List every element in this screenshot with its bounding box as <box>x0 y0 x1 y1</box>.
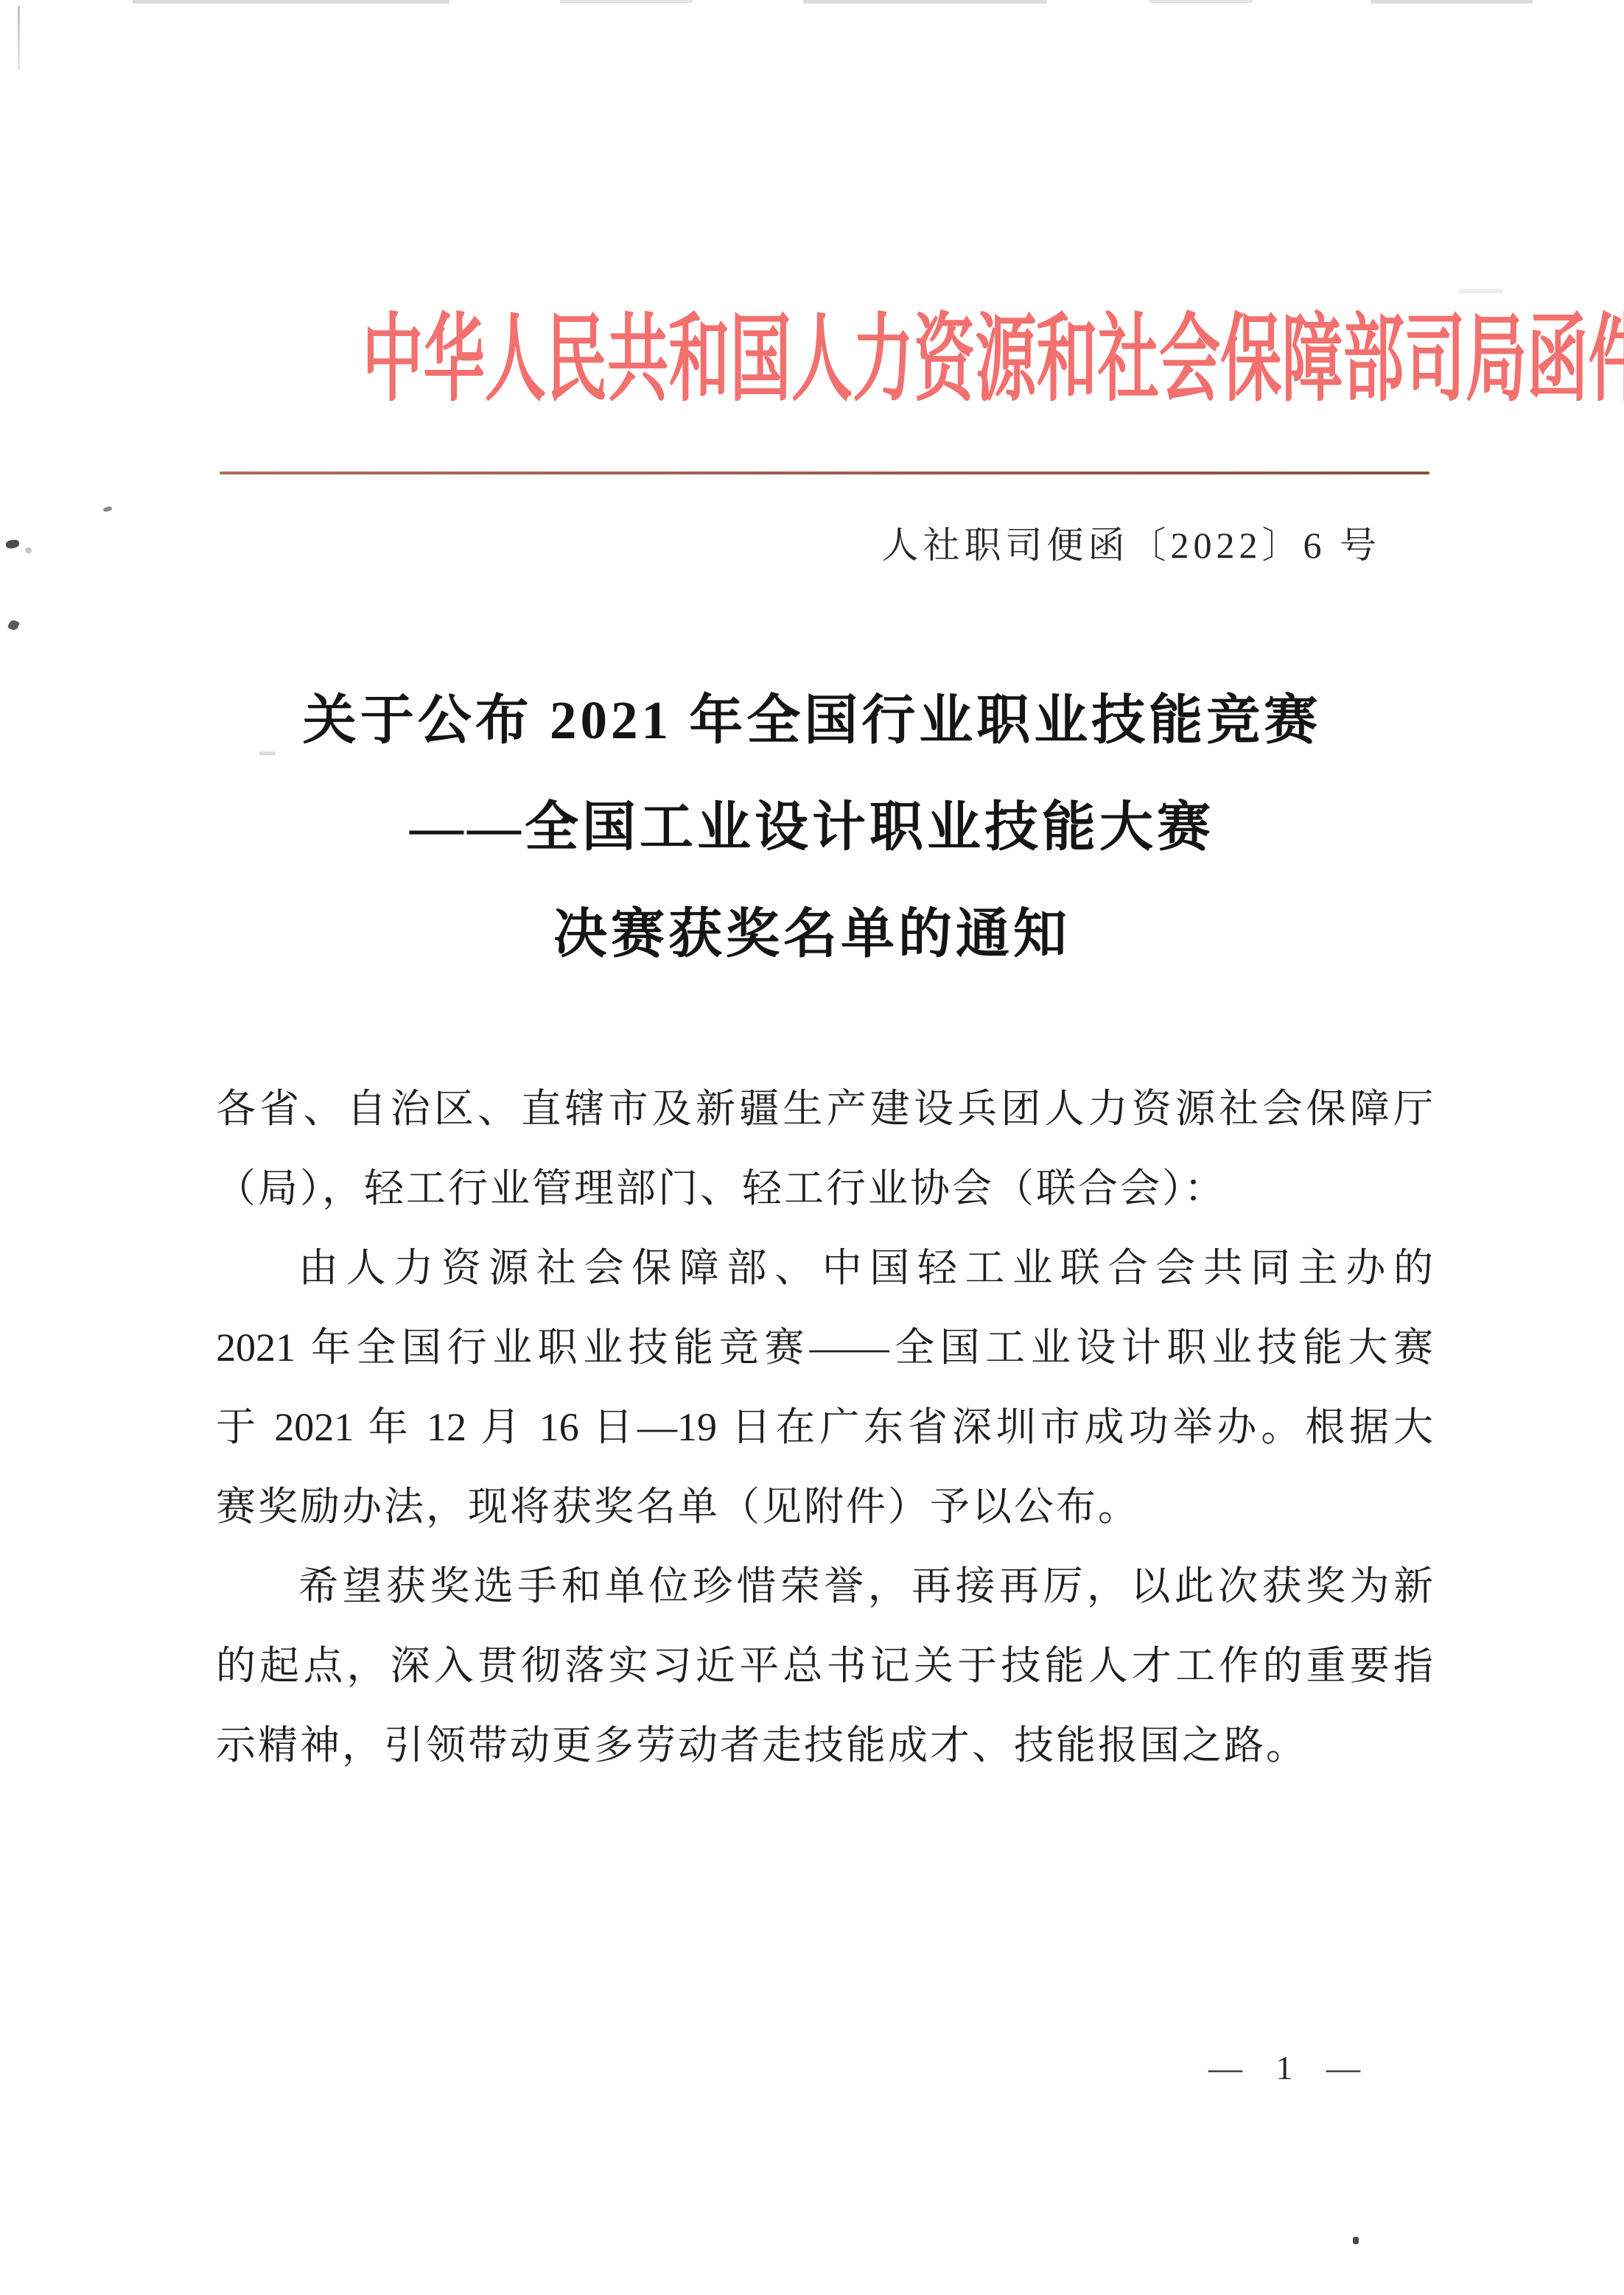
scan-edge-artifact <box>133 0 449 4</box>
scan-speck <box>5 539 20 550</box>
body-line: 由人力资源社会保障部、中国轻工业联合会共同主办的 <box>216 1228 1433 1308</box>
body-line: 的起点，深入贯彻落实习近平总书记关于技能人才工作的重要指 <box>216 1626 1433 1706</box>
body-line: 希望获奖选手和单位珍惜荣誉，再接再厉，以此次获奖为新 <box>216 1546 1433 1626</box>
notice-body: 各省、自治区、直辖市及新疆生产建设兵团人力资源社会保障厅 （局），轻工行业管理部… <box>216 1069 1433 1785</box>
document-number: 人社职司便函〔2022〕6 号 <box>882 525 1382 566</box>
notice-title: 关于公布 2021 年全国行业职业技能竞赛 ——全国工业设计职业技能大赛 决赛获… <box>0 667 1624 987</box>
body-line: 示精神，引领带动更多劳动者走技能成才、技能报国之路。 <box>216 1706 1433 1785</box>
scan-speck <box>1353 2237 1359 2244</box>
scan-edge-artifact <box>18 6 20 71</box>
scan-edge-artifact <box>560 0 693 3</box>
scan-edge-artifact <box>1371 0 1533 4</box>
scanned-notice-page: 中华人民共和国人力资源和社会保障部司局函件 人社职司便函〔2022〕6 号 关于… <box>0 0 1624 2295</box>
scan-speck <box>25 547 32 553</box>
notice-title-line1: 关于公布 2021 年全国行业职业技能竞赛 <box>0 667 1624 774</box>
scan-edge-artifact <box>1149 0 1253 3</box>
body-line: （局），轻工行业管理部门、轻工行业协会（联合会）： <box>216 1149 1433 1228</box>
scan-speck <box>102 506 112 513</box>
agency-letterhead-title: 中华人民共和国人力资源和社会保障部司局函件 <box>0 312 1624 408</box>
letterhead-divider-rule <box>220 472 1429 474</box>
body-line: 赛奖励办法，现将获奖名单（见附件）予以公布。 <box>216 1467 1433 1546</box>
agency-letterhead-text: 中华人民共和国人力资源和社会保障部司局函件 <box>362 312 1624 408</box>
scan-speck <box>1459 289 1503 293</box>
body-line: 于 2021 年 12 月 16 日—19 日在广东省深圳市成功举办。根据大 <box>216 1387 1433 1467</box>
body-line: 2021 年全国行业职业技能竞赛——全国工业设计职业技能大赛 <box>216 1308 1433 1387</box>
scan-edge-artifact <box>803 0 1046 4</box>
notice-title-line2: ——全国工业设计职业技能大赛 <box>0 774 1624 880</box>
notice-title-line3: 决赛获奖名单的通知 <box>0 880 1624 987</box>
scan-speck <box>7 619 20 631</box>
body-line: 各省、自治区、直辖市及新疆生产建设兵团人力资源社会保障厅 <box>216 1069 1433 1149</box>
page-number: — 1 — <box>1208 2050 1366 2086</box>
